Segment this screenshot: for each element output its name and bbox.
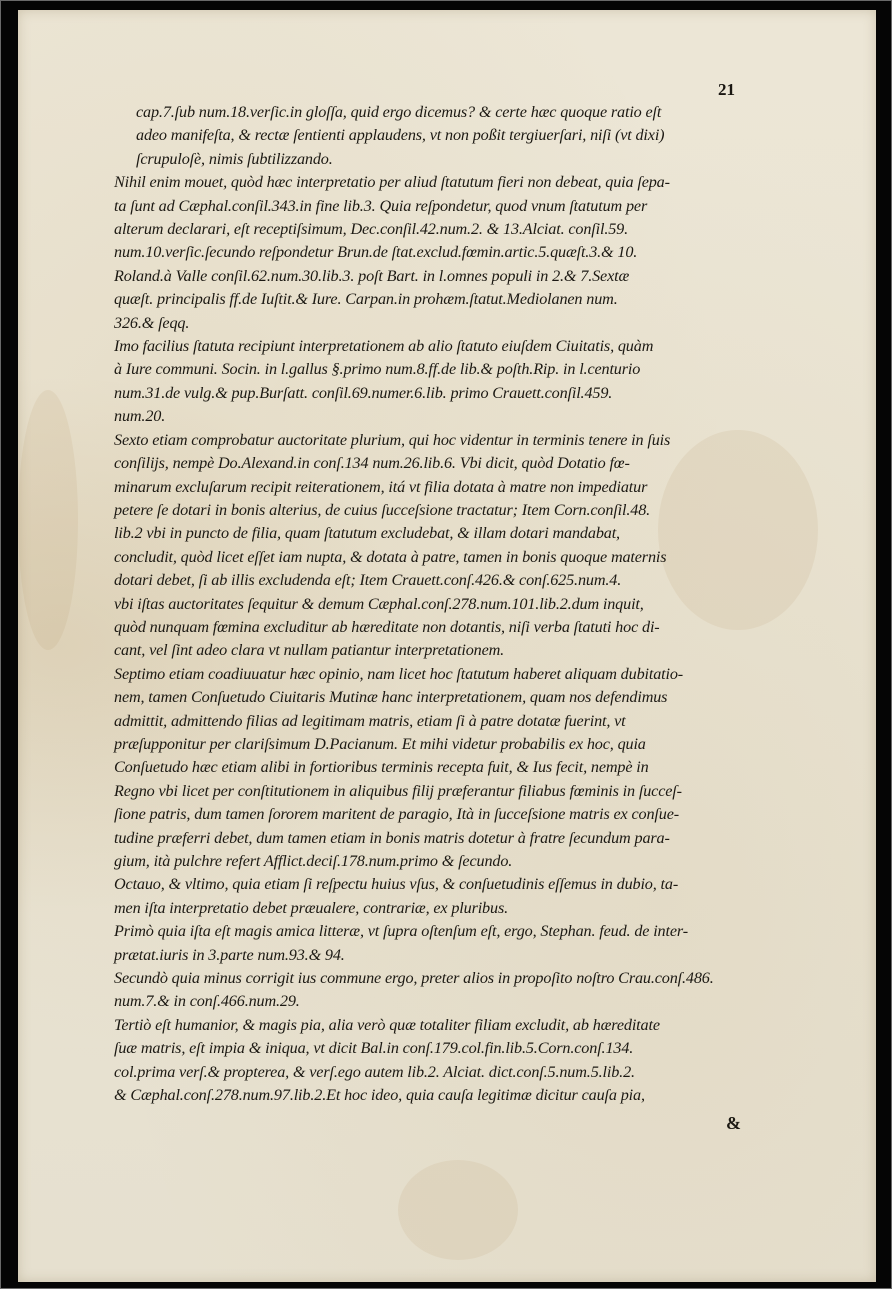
text-line: vbi iſtas auctoritates ſequitur & demum … xyxy=(136,593,778,616)
text-line: Sexto etiam comprobatur auctoritate plur… xyxy=(136,429,778,452)
paragraph-sexto-etiam: Sexto etiam comprobatur auctoritate plur… xyxy=(114,429,778,663)
text-line: nem, tamen Conſuetudo Ciuitaris Mutinæ h… xyxy=(136,686,778,709)
text-line: & Cæphal.conſ.278.num.97.lib.2.Et hoc id… xyxy=(136,1084,778,1107)
paragraph-octauo: Octauo, & vltimo, quia etiam ſi reſpectu… xyxy=(114,873,778,920)
text-line: petere ſe dotari in bonis alterius, de c… xyxy=(136,499,778,522)
text-line: Regno vbi licet per conſtitutionem in al… xyxy=(136,780,778,803)
text-line: col.prima verſ.& propterea, & verſ.ego a… xyxy=(136,1061,778,1084)
catchword: & xyxy=(726,1113,741,1134)
text-line: Nihil enim mouet, quòd hæc interpretatio… xyxy=(136,171,778,194)
text-line: prætat.iuris in 3.parte num.93.& 94. xyxy=(136,944,778,967)
paper-stain xyxy=(18,390,78,650)
paragraph-nihil-enim: Nihil enim mouet, quòd hæc interpretatio… xyxy=(114,171,778,335)
text-line: 326.& ſeqq. xyxy=(136,312,778,335)
text-line: num.10.verſic.ſecundo reſpondetur Brun.d… xyxy=(136,241,778,264)
body-text: cap.7.ſub num.18.verſic.in gloſſa, quid … xyxy=(114,101,778,1107)
paragraph-septimo-etiam: Septimo etiam coadiuuatur hæc opinio, na… xyxy=(114,663,778,874)
text-line: Tertiò eſt humanior, & magis pia, alia v… xyxy=(136,1014,778,1037)
text-line: lib.2 vbi in puncto de filia, quam ſtatu… xyxy=(136,522,778,545)
text-line: gium, ità pulchre refert Afflict.deciſ.1… xyxy=(136,850,778,873)
text-line: ta ſunt ad Cæphal.conſil.343.in fine lib… xyxy=(136,195,778,218)
text-line: Roland.à Valle conſil.62.num.30.lib.3. p… xyxy=(136,265,778,288)
text-line: Octauo, & vltimo, quia etiam ſi reſpectu… xyxy=(136,873,778,896)
paper-stain xyxy=(398,1160,518,1260)
text-line: num.20. xyxy=(136,405,778,428)
text-line: ſuæ matris, eſt impia & iniqua, vt dicit… xyxy=(136,1037,778,1060)
text-line: ſione patris, dum tamen ſororem maritent… xyxy=(136,803,778,826)
text-line: Primò quia iſta eſt magis amica litteræ,… xyxy=(136,920,778,943)
text-line: dotari debet, ſi ab illis excludenda eſt… xyxy=(136,569,778,592)
text-line: quòd nunquam fœmina excluditur ab hæredi… xyxy=(136,616,778,639)
text-line: cant, vel ſint adeo clara vt nullam pati… xyxy=(136,639,778,662)
text-line: tudine præferri debet, dum tamen etiam i… xyxy=(136,827,778,850)
text-line: concludit, quòd licet eſſet iam nupta, &… xyxy=(136,546,778,569)
text-line: conſilijs, nempè Do.Alexand.in conſ.134 … xyxy=(136,452,778,475)
text-line: Conſuetudo hæc etiam alibi in fortioribu… xyxy=(136,756,778,779)
text-line: Septimo etiam coadiuuatur hæc opinio, na… xyxy=(136,663,778,686)
text-line: præſupponitur per clariſsimum D.Pacianum… xyxy=(136,733,778,756)
paragraph-secundo: Secundò quia minus corrigit ius commune … xyxy=(114,967,778,1014)
paragraph-imo-facilius: Imo facilius ſtatuta recipiunt interpret… xyxy=(114,335,778,429)
paragraph-primo: Primò quia iſta eſt magis amica litteræ,… xyxy=(114,920,778,967)
text-line: men iſta interpretatio debet præualere, … xyxy=(136,897,778,920)
text-line: num.7.& in conſ.466.num.29. xyxy=(136,990,778,1013)
text-line: à Iure communi. Socin. in l.gallus §.pri… xyxy=(136,358,778,381)
text-line: num.31.de vulg.& pup.Burſatt. conſil.69.… xyxy=(136,382,778,405)
text-line: quæſt. principalis ff.de Iuſtit.& Iure. … xyxy=(136,288,778,311)
page-number: 21 xyxy=(718,80,735,100)
text-line: ſcrupuloſè, nimis ſubtilizzando. xyxy=(136,148,778,171)
text-line: adeo manifeſta, & rectæ ſentienti applau… xyxy=(136,124,778,147)
text-line: Imo facilius ſtatuta recipiunt interpret… xyxy=(136,335,778,358)
paragraph-tertio: Tertiò eſt humanior, & magis pia, alia v… xyxy=(114,1014,778,1108)
text-line: cap.7.ſub num.18.verſic.in gloſſa, quid … xyxy=(136,101,778,124)
text-line: minarum excluſarum recipit reiterationem… xyxy=(136,476,778,499)
paragraph-continuation: cap.7.ſub num.18.verſic.in gloſſa, quid … xyxy=(114,101,778,171)
text-line: admittit, admittendo filias ad legitimam… xyxy=(136,710,778,733)
text-line: alterum declarari, eſt receptiſsimum, De… xyxy=(136,218,778,241)
text-line: Secundò quia minus corrigit ius commune … xyxy=(136,967,778,990)
